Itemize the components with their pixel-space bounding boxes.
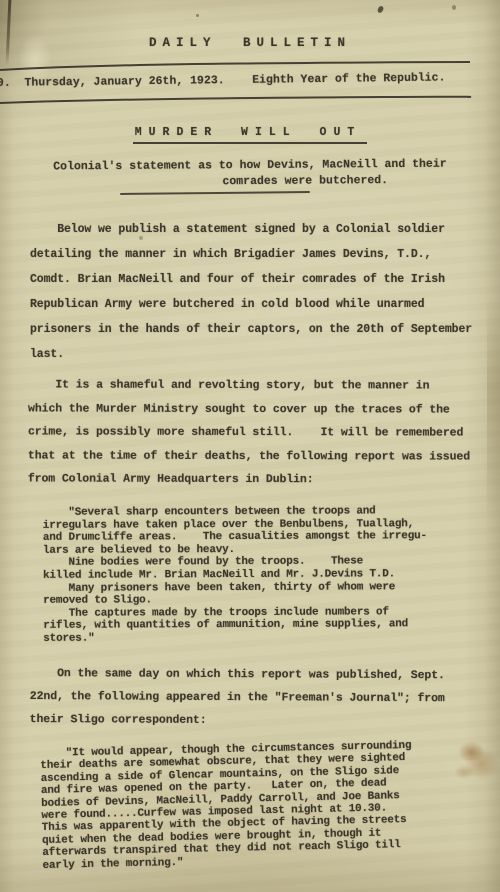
masthead-rules <box>0 0 500 120</box>
paragraph-shameful-story: It is a shameful and revolting story, bu… <box>28 373 470 492</box>
headline-wrap: MURDER WILL OUT <box>0 122 500 144</box>
coffee-stain <box>447 733 500 789</box>
quote-army-report: "Several sharp encounters between the tr… <box>43 505 428 645</box>
paragraph-intro: Below we publish a statement signed by a… <box>30 217 472 367</box>
quote-sligo-correspondent: "It would appear, though the circumstanc… <box>40 740 414 872</box>
subheading: Colonial's statement as to how Devins, M… <box>0 156 500 190</box>
headline: MURDER WILL OUT <box>133 126 368 144</box>
edge-discoloration <box>487 300 500 520</box>
subheading-rule <box>120 191 310 195</box>
paragraph-freemans-journal: On the same day on which this report was… <box>30 662 445 733</box>
scanned-document-page: DAILY BULLETIN 00. Thursday, January 26t… <box>0 0 500 892</box>
